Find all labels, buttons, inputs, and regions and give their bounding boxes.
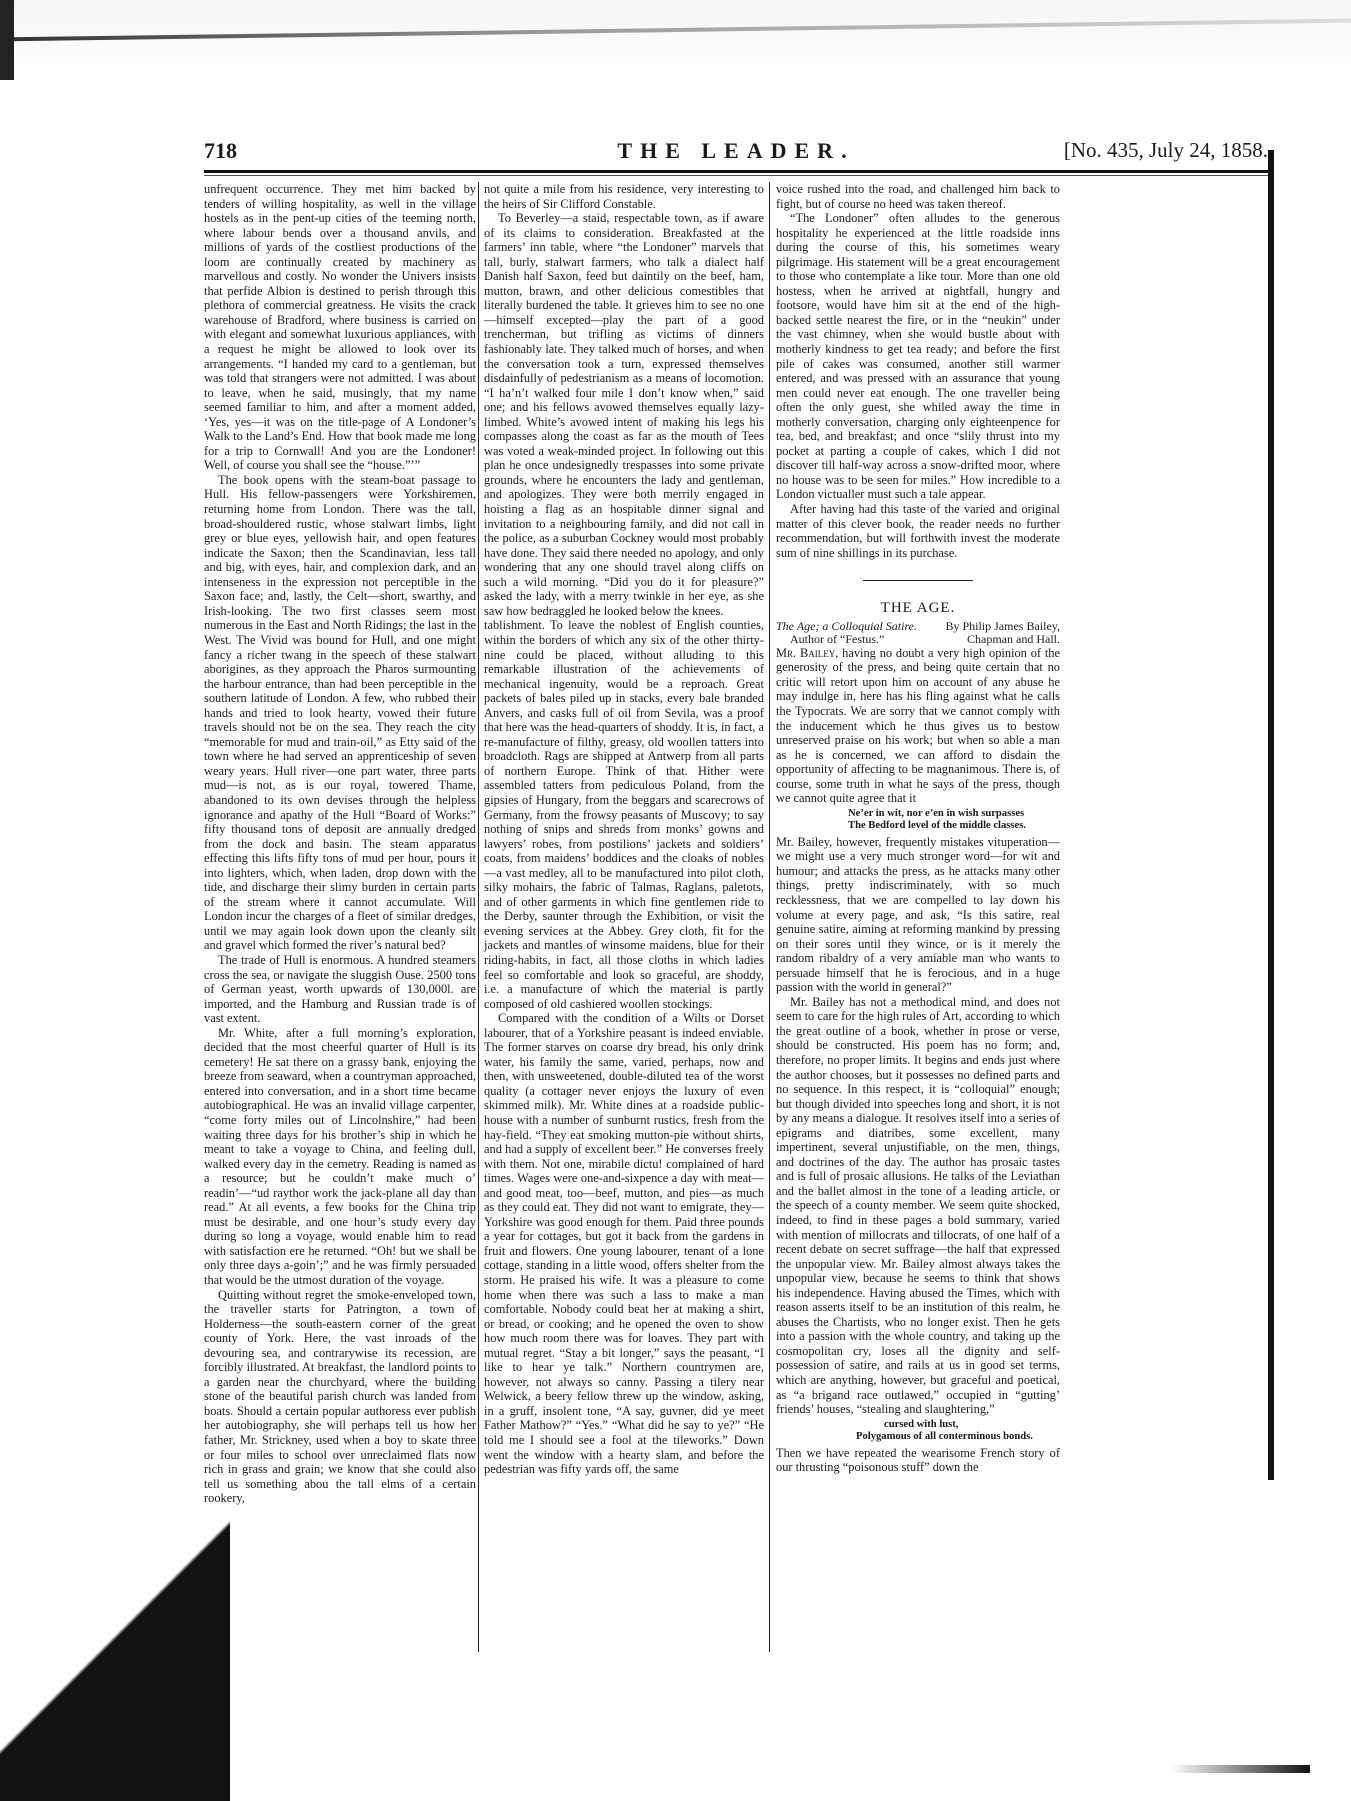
paragraph: Then we have repeated the wearisome Fren… xyxy=(776,1446,1060,1475)
review-opening-text: having no doubt a very high opinion of t… xyxy=(776,646,1060,805)
scan-artifact-edge xyxy=(1268,150,1274,1480)
paragraph: Mr. Bailey has not a methodical mind, an… xyxy=(776,995,1060,1417)
paragraph: voice rushed into the road, and challeng… xyxy=(776,182,1060,211)
scan-artifact-shadow xyxy=(0,1520,230,1801)
verse-line: Polygamous of all conterminous bonds. xyxy=(856,1431,1060,1444)
paragraph: “The Londoner” often alludes to the gene… xyxy=(776,211,1060,502)
issue-date: [No. 435, July 24, 1858. xyxy=(1064,138,1268,163)
paragraph: Mr. White, after a full morning’s explor… xyxy=(204,1026,476,1288)
column-divider xyxy=(769,182,770,1652)
paragraph: Compared with the condition of a Wilts o… xyxy=(484,1011,764,1477)
paragraph: The book opens with the steam-boat passa… xyxy=(204,473,476,953)
paragraph: not quite a mile from his residence, ver… xyxy=(484,182,764,211)
scan-artifact-mark xyxy=(1170,1765,1310,1773)
scan-artifact-corner xyxy=(0,0,14,80)
verse-line: Ne’er in wit, nor e’en in wish surpasses xyxy=(848,808,1060,821)
paragraph: After having had this taste of the varie… xyxy=(776,502,1060,560)
header-rule-thin xyxy=(204,175,1268,176)
book-author-of: Author of “Festus.” xyxy=(790,633,884,646)
paragraph: Quitting without regret the smoke-envelo… xyxy=(204,1288,476,1506)
paragraph: Mr. Bailey, having no doubt a very high … xyxy=(776,646,1060,806)
verse-quote: Ne’er in wit, nor e’en in wish surpasses… xyxy=(776,808,1060,833)
verse-line: cursed with lust, xyxy=(856,1419,1060,1432)
review-title: THE AGE. xyxy=(776,601,1060,616)
paragraph: Mr. Bailey, however, frequently mistakes… xyxy=(776,835,1060,995)
column-left: unfrequent occurrence. They met him back… xyxy=(204,182,476,1506)
paragraph: To Beverley—a staid, respectable town, a… xyxy=(484,211,764,618)
column-right: voice rushed into the road, and challeng… xyxy=(776,182,1060,1475)
paragraph: The trade of Hull is enormous. A hundred… xyxy=(204,953,476,1026)
page-header: 718 THE LEADER. [No. 435, July 24, 1858. xyxy=(204,138,1268,168)
column-divider xyxy=(478,182,479,1652)
book-byline: By Philip James Bailey, xyxy=(945,620,1060,633)
paragraph: tablishment. To leave the noblest of Eng… xyxy=(484,618,764,1011)
section-divider xyxy=(863,580,973,581)
verse-quote: cursed with lust, Polygamous of all cont… xyxy=(776,1419,1060,1444)
column-middle: not quite a mile from his residence, ver… xyxy=(484,182,764,1477)
verse-line: The Bedford level of the middle classes. xyxy=(848,820,1060,833)
paragraph: unfrequent occurrence. They met him back… xyxy=(204,182,476,473)
book-title: The Age; a Colloquial Satire. xyxy=(776,620,917,633)
book-citation: The Age; a Colloquial Satire. By Philip … xyxy=(776,620,1060,646)
book-publisher: Chapman and Hall. xyxy=(967,633,1060,646)
header-rule xyxy=(204,170,1268,173)
review-opening-name: Mr. Bailey, xyxy=(776,646,838,660)
